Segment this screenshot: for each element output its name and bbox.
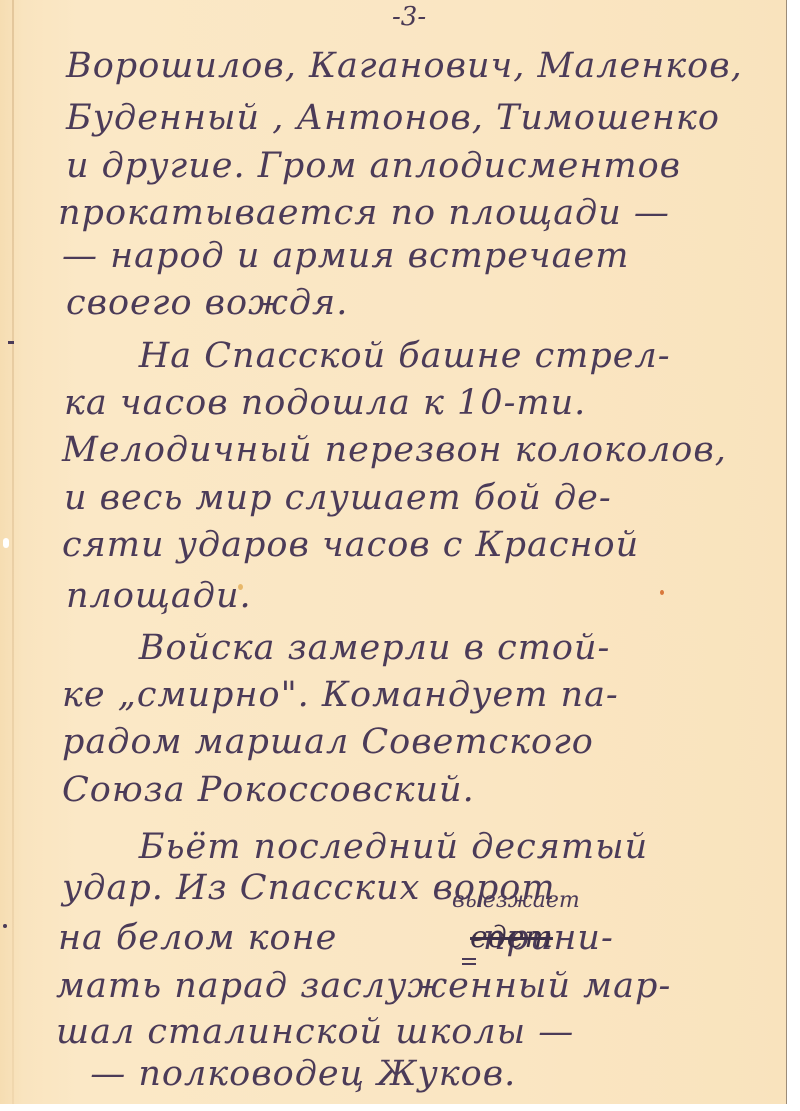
margin-mark (8, 341, 14, 344)
text-line: ке „смирно". Командует па- (62, 675, 619, 715)
text-line: прокатывается по площади — (58, 193, 670, 233)
punch-hole (3, 538, 9, 548)
text-line: шал сталинской школы — (56, 1012, 574, 1052)
text-line: Ворошилов, Каганович, Маленков, (66, 46, 743, 86)
text-line: — народ и армия встречает (62, 236, 629, 276)
insertion-mark (462, 958, 476, 960)
text-line: своего вождя. (66, 283, 348, 323)
stain (660, 590, 664, 595)
text-line: сяти ударов часов с Красной (62, 525, 639, 565)
text-line: Буденный , Антонов, Тимошенко (66, 98, 720, 138)
text-line: радом маршал Советского (62, 722, 594, 762)
page-number: -3- (392, 2, 426, 32)
struck-word: едет (470, 920, 553, 955)
paper-fold (12, 0, 14, 1104)
text-line: На Спасской башне стрел- (66, 336, 671, 376)
insertion-mark (462, 963, 476, 965)
text-line: Союза Рокоссовский. (62, 770, 475, 810)
text-line: Мелодичный перезвон колоколов, (62, 430, 727, 470)
text-line: и весь мир слушает бой де- (64, 478, 612, 518)
paper-sheet: -3- Ворошилов, Каганович, Маленков, Буде… (0, 0, 787, 1104)
text-line: — полководец Жуков. (66, 1054, 516, 1094)
inserted-correction: выезжает (452, 888, 580, 913)
text-line: площади. (66, 576, 252, 616)
text-line: мать парад заслуженный мар- (56, 966, 671, 1006)
text-line: ка часов подошла к 10-ти. (64, 383, 586, 423)
text-line: Бьёт последний десятый (66, 827, 648, 867)
margin-mark (3, 924, 7, 928)
text-line: Войска замерли в стой- (66, 628, 610, 668)
text-line: и другие. Гром аплодисментов (66, 146, 681, 186)
